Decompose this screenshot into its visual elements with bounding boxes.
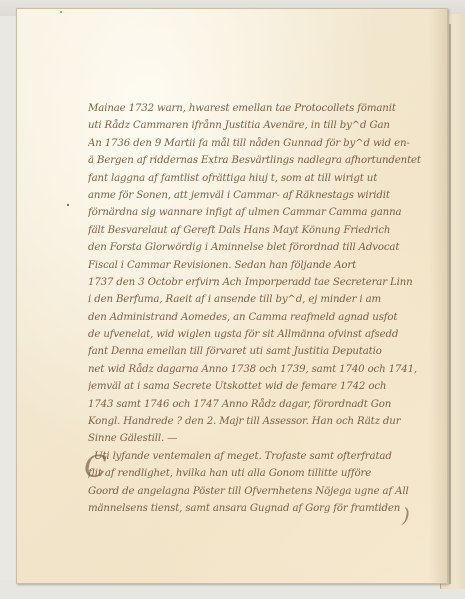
text-line: Kongl. Handrede ? den 2. Majr till Asses… — [88, 413, 448, 430]
initial-letter-flourish: C — [84, 450, 107, 485]
text-line: An 1736 den 9 Martii fa mål till nåden G… — [88, 135, 448, 152]
text-line: de ufvenelat, wid wiglen ugsta för sit A… — [88, 326, 448, 343]
text-line: 1743 samt 1746 och 1747 Anno Rådz dagar,… — [88, 396, 448, 413]
ink-speck — [67, 204, 69, 206]
text-line: fält Besvarelaut af Gereft Dals Hans May… — [88, 222, 448, 239]
text-line: flit af rendlighet, hvilka han uti alla … — [88, 465, 448, 482]
closing-flourish: ) — [402, 503, 410, 527]
manuscript-text: Mainae 1732 warn, hwarest emellan tae Pr… — [88, 100, 448, 517]
text-line: männelsens tienst, samt ansara Gugnad af… — [88, 500, 448, 517]
text-line: i den Berfuma, Raeit af i ansende till b… — [88, 291, 448, 308]
binding-fold — [449, 24, 451, 584]
text-line: net wid Rådz dagarna Anno 1738 och 1739,… — [88, 361, 448, 378]
text-line: anme för Sonen, att jemväl i Cammar- af … — [88, 187, 448, 204]
text-line: Sinne Gälestill. — — [88, 430, 448, 447]
text-line: 1737 den 3 Octobr erfvirn Ach Imporperad… — [88, 274, 448, 291]
text-line: förnärdna sig wannare infigt af ulmen Ca… — [88, 204, 448, 221]
text-line: Goord de angelagna Pöster till Ofvernhet… — [88, 483, 448, 500]
text-line: jemväl at i sama Secrete Utskottet wid d… — [88, 378, 448, 395]
text-line: den Administrand Aomedes, an Camma reafm… — [88, 309, 448, 326]
text-line: Mainae 1732 warn, hwarest emellan tae Pr… — [88, 100, 448, 117]
text-line: fant Denna emellan till förvaret uti sam… — [88, 343, 448, 360]
text-line: Fiscal i Cammar Revisionen. Sedan han fö… — [88, 257, 448, 274]
text-line-paragraph-start: Uti lyfande ventemalen af meget. Trofast… — [88, 448, 448, 465]
text-line: ä Bergen af riddernas Extra Besvärtlings… — [88, 152, 448, 169]
text-line: fant laggna af famtlist ofrättiga hiuj t… — [88, 170, 448, 187]
ink-speck — [60, 11, 62, 13]
text-line: den Forsta Glorwördig i Aminnelse blet f… — [88, 239, 448, 256]
text-line: uti Rådz Cammaren ifrånn Justitia Avenär… — [88, 117, 448, 134]
